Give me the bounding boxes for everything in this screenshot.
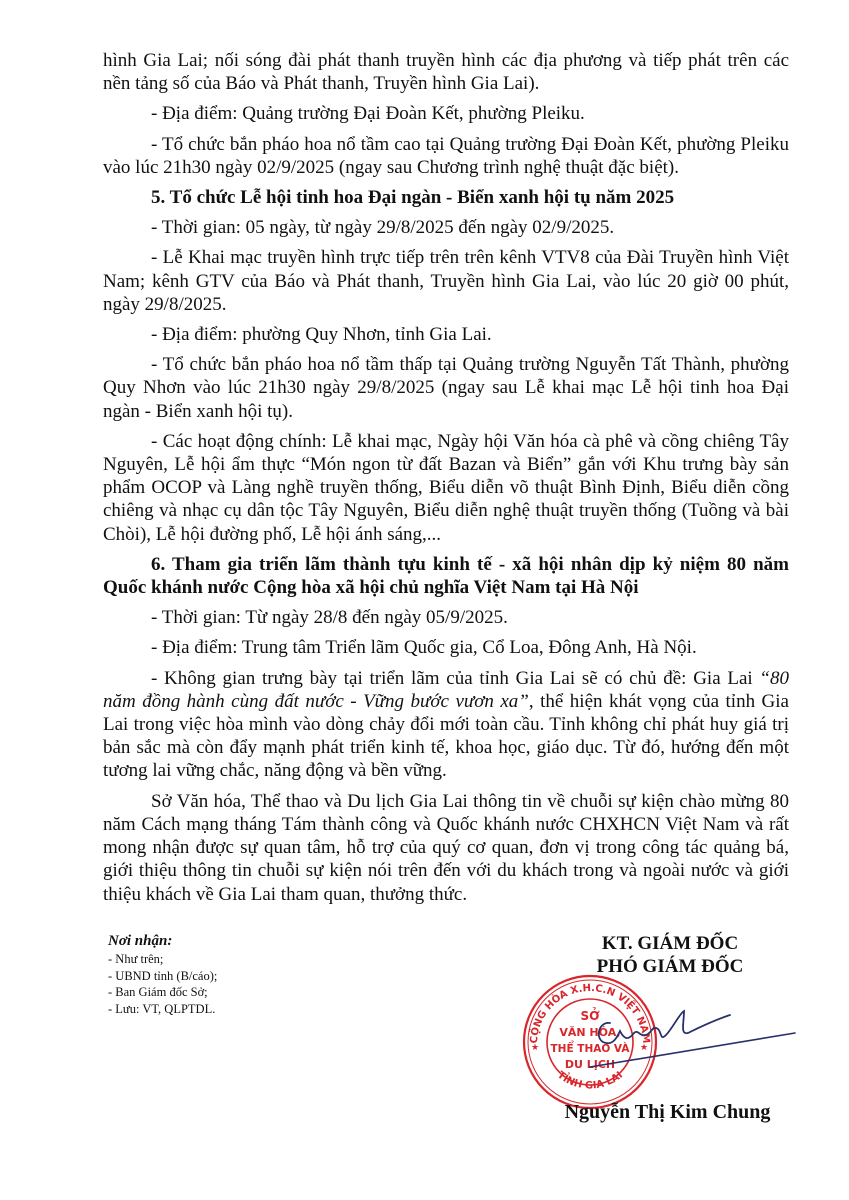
svg-text:★: ★ — [531, 1043, 539, 1053]
paragraph-closing: Sở Văn hóa, Thể thao và Du lịch Gia Lai … — [103, 790, 789, 906]
paragraph-main-activities: - Các hoạt động chính: Lễ khai mạc, Ngày… — [103, 430, 789, 546]
document-body: hình Gia Lai; nối sóng đài phát thanh tr… — [103, 49, 789, 913]
paragraph-location-pleiku: - Địa điểm: Quảng trường Đại Đoàn Kết, p… — [103, 102, 789, 125]
section-heading-5: 5. Tổ chức Lễ hội tinh hoa Đại ngàn - Bi… — [103, 186, 789, 209]
signer-name: Nguyễn Thị Kim Chung — [540, 1101, 795, 1124]
paragraph-exhibition-theme: - Không gian trưng bày tại triển lãm của… — [103, 667, 789, 783]
recipient-item: - Ban Giám đốc Sở; — [108, 984, 368, 1001]
paragraph-time-exhibition: - Thời gian: Từ ngày 28/8 đến ngày 05/9/… — [103, 606, 789, 629]
paragraph-time-festival: - Thời gian: 05 ngày, từ ngày 29/8/2025 … — [103, 216, 789, 239]
recipients-block: Nơi nhận: - Như trên; - UBND tỉnh (B/cáo… — [108, 932, 368, 1017]
paragraph-location-exhibition: - Địa điểm: Trung tâm Triển lãm Quốc gia… — [103, 636, 789, 659]
section-heading-6: 6. Tham gia triển lãm thành tựu kinh tế … — [103, 553, 789, 599]
paragraph-fireworks-pleiku: - Tổ chức bắn pháo hoa nổ tầm cao tại Qu… — [103, 133, 789, 179]
theme-text-before: - Không gian trưng bày tại triển lãm của… — [151, 668, 759, 689]
signature-line-1: KT. GIÁM ĐỐC — [560, 932, 780, 955]
paragraph-opening-broadcast: - Lễ Khai mạc truyền hình trực tiếp trên… — [103, 246, 789, 316]
recipient-item: - UBND tỉnh (B/cáo); — [108, 968, 368, 985]
handwritten-signature-icon — [580, 1005, 800, 1075]
paragraph-continuation: hình Gia Lai; nối sóng đài phát thanh tr… — [103, 49, 789, 95]
paragraph-fireworks-quynhon: - Tổ chức bắn pháo hoa nổ tầm thấp tại Q… — [103, 353, 789, 423]
recipients-title: Nơi nhận: — [108, 932, 368, 950]
paragraph-location-quynhon: - Địa điểm: phường Quy Nhơn, tỉnh Gia La… — [103, 323, 789, 346]
recipient-item: - Như trên; — [108, 951, 368, 968]
recipient-item: - Lưu: VT, QLPTDL. — [108, 1001, 368, 1018]
